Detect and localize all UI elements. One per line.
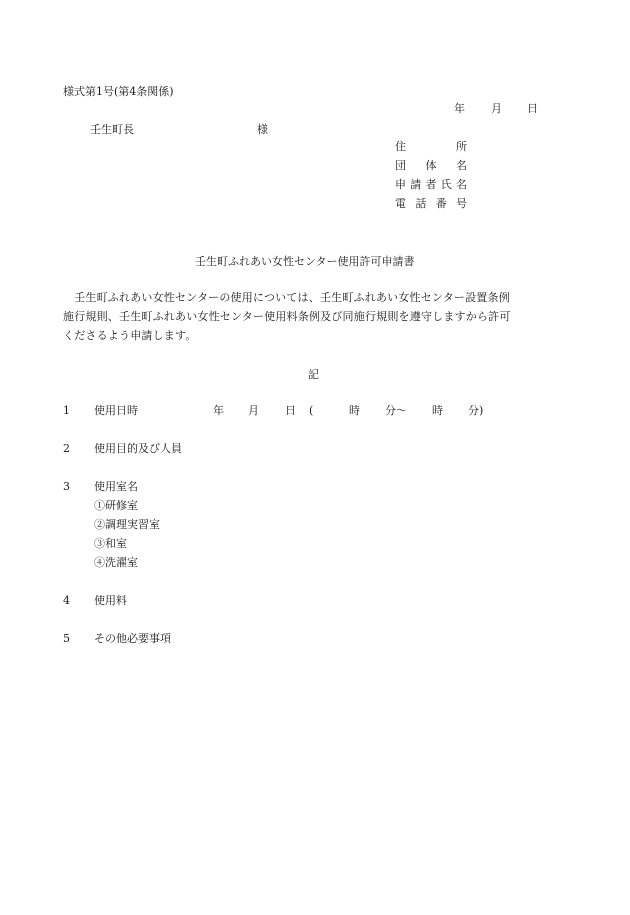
item-4-label: 使用料 <box>94 595 127 606</box>
applicant-field-group-name: 団 体 名 <box>395 160 467 171</box>
applicant-field-applicant-name: 申 請 者 氏 名 <box>395 179 467 190</box>
item-2-label: 使用目的及び人員 <box>94 443 182 454</box>
item-4-number: 4 <box>63 595 70 606</box>
item-3-label: 使用室名 <box>94 481 138 492</box>
body-line-1: 壬生町ふれあい女性センターの使用については、壬生町ふれあい女性センター設置条例 <box>63 292 510 303</box>
field-char: 所 <box>456 141 467 152</box>
item-1-year: 年 <box>213 405 224 416</box>
field-char: 氏 <box>441 179 452 190</box>
item-5-label: その他必要事項 <box>94 633 171 644</box>
field-char: 話 <box>415 198 426 209</box>
applicant-field-address: 住 所 <box>395 141 467 152</box>
field-char: 電 <box>395 198 406 209</box>
item-1-number: 1 <box>63 405 70 416</box>
room-option-training: ①研修室 <box>94 500 138 511</box>
item-1-min-start: 分～ <box>385 405 407 416</box>
field-char: 名 <box>456 179 467 190</box>
item-2-number: 2 <box>63 443 70 454</box>
field-char: 住 <box>395 141 406 152</box>
addressee-honorific: 様 <box>257 124 268 135</box>
field-char: 番 <box>436 198 447 209</box>
document-title: 壬生町ふれあい女性センター使用許可申請書 <box>195 256 415 267</box>
field-char: 号 <box>456 198 467 209</box>
room-option-cooking: ②調理実習室 <box>94 519 160 530</box>
field-char: 体 <box>426 160 437 171</box>
body-line-3: くださるよう申請します。 <box>63 330 197 341</box>
item-5-number: 5 <box>63 633 70 644</box>
field-char: 名 <box>456 160 467 171</box>
room-option-japanese: ③和室 <box>94 538 127 549</box>
field-char: 申 <box>395 179 406 190</box>
field-char: 団 <box>395 160 406 171</box>
item-1-hour-start: 時 <box>349 405 360 416</box>
date-month-label: 月 <box>491 103 502 114</box>
ki-marker: 記 <box>308 369 319 380</box>
item-3-number: 3 <box>63 481 70 492</box>
date-year-label: 年 <box>454 103 465 114</box>
item-1-open-paren: ( <box>309 405 313 416</box>
field-char: 者 <box>426 179 437 190</box>
applicant-field-phone: 電 話 番 号 <box>395 198 467 209</box>
addressee-name: 壬生町長 <box>90 124 134 135</box>
item-1-min-end: 分) <box>468 405 483 416</box>
room-option-laundry: ④洗濯室 <box>94 557 138 568</box>
field-char: 請 <box>410 179 421 190</box>
body-line-2: 施行規則、壬生町ふれあい女性センター使用料条例及び同施行規則を遵守しますから許可 <box>63 311 511 322</box>
item-1-day: 日 <box>285 405 296 416</box>
item-1-label: 使用日時 <box>94 405 138 416</box>
date-day-label: 日 <box>527 103 538 114</box>
form-number: 様式第1号(第4条関係) <box>63 86 174 97</box>
item-1-hour-end: 時 <box>432 405 443 416</box>
item-1-month: 月 <box>248 405 259 416</box>
